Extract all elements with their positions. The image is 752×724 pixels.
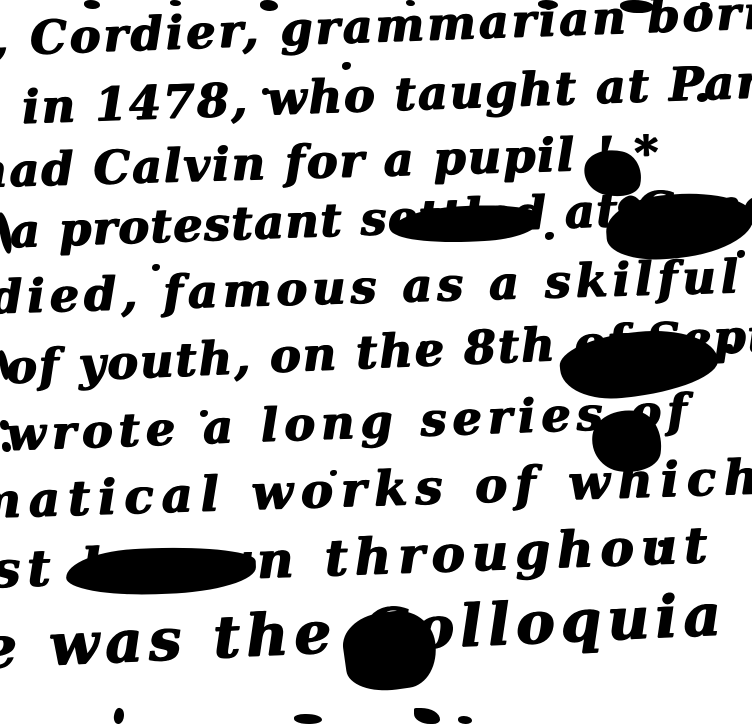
stroke-fragment: [294, 714, 322, 724]
stroke-fragment: [112, 707, 126, 724]
manuscript-page: , Cordier, grammarian born in in 1478, w…: [0, 0, 752, 724]
stroke-fragment: [620, 0, 654, 13]
stroke-fragment: [170, 0, 181, 6]
stroke-fragment: [0, 420, 9, 430]
stroke-fragment: [538, 0, 558, 9]
stroke-fragment: [700, 2, 710, 8]
stroke-fragment: [2, 442, 11, 452]
stroke-fragment: [414, 708, 440, 724]
stroke-fragment: [260, 0, 278, 11]
stroke-fragment: [458, 716, 472, 724]
stroke-fragment: [84, 0, 100, 9]
stroke-fragment: [406, 0, 415, 6]
handwriting-line: in 1478, who taught at Paris: [21, 53, 752, 134]
ink-speck: [737, 250, 745, 258]
